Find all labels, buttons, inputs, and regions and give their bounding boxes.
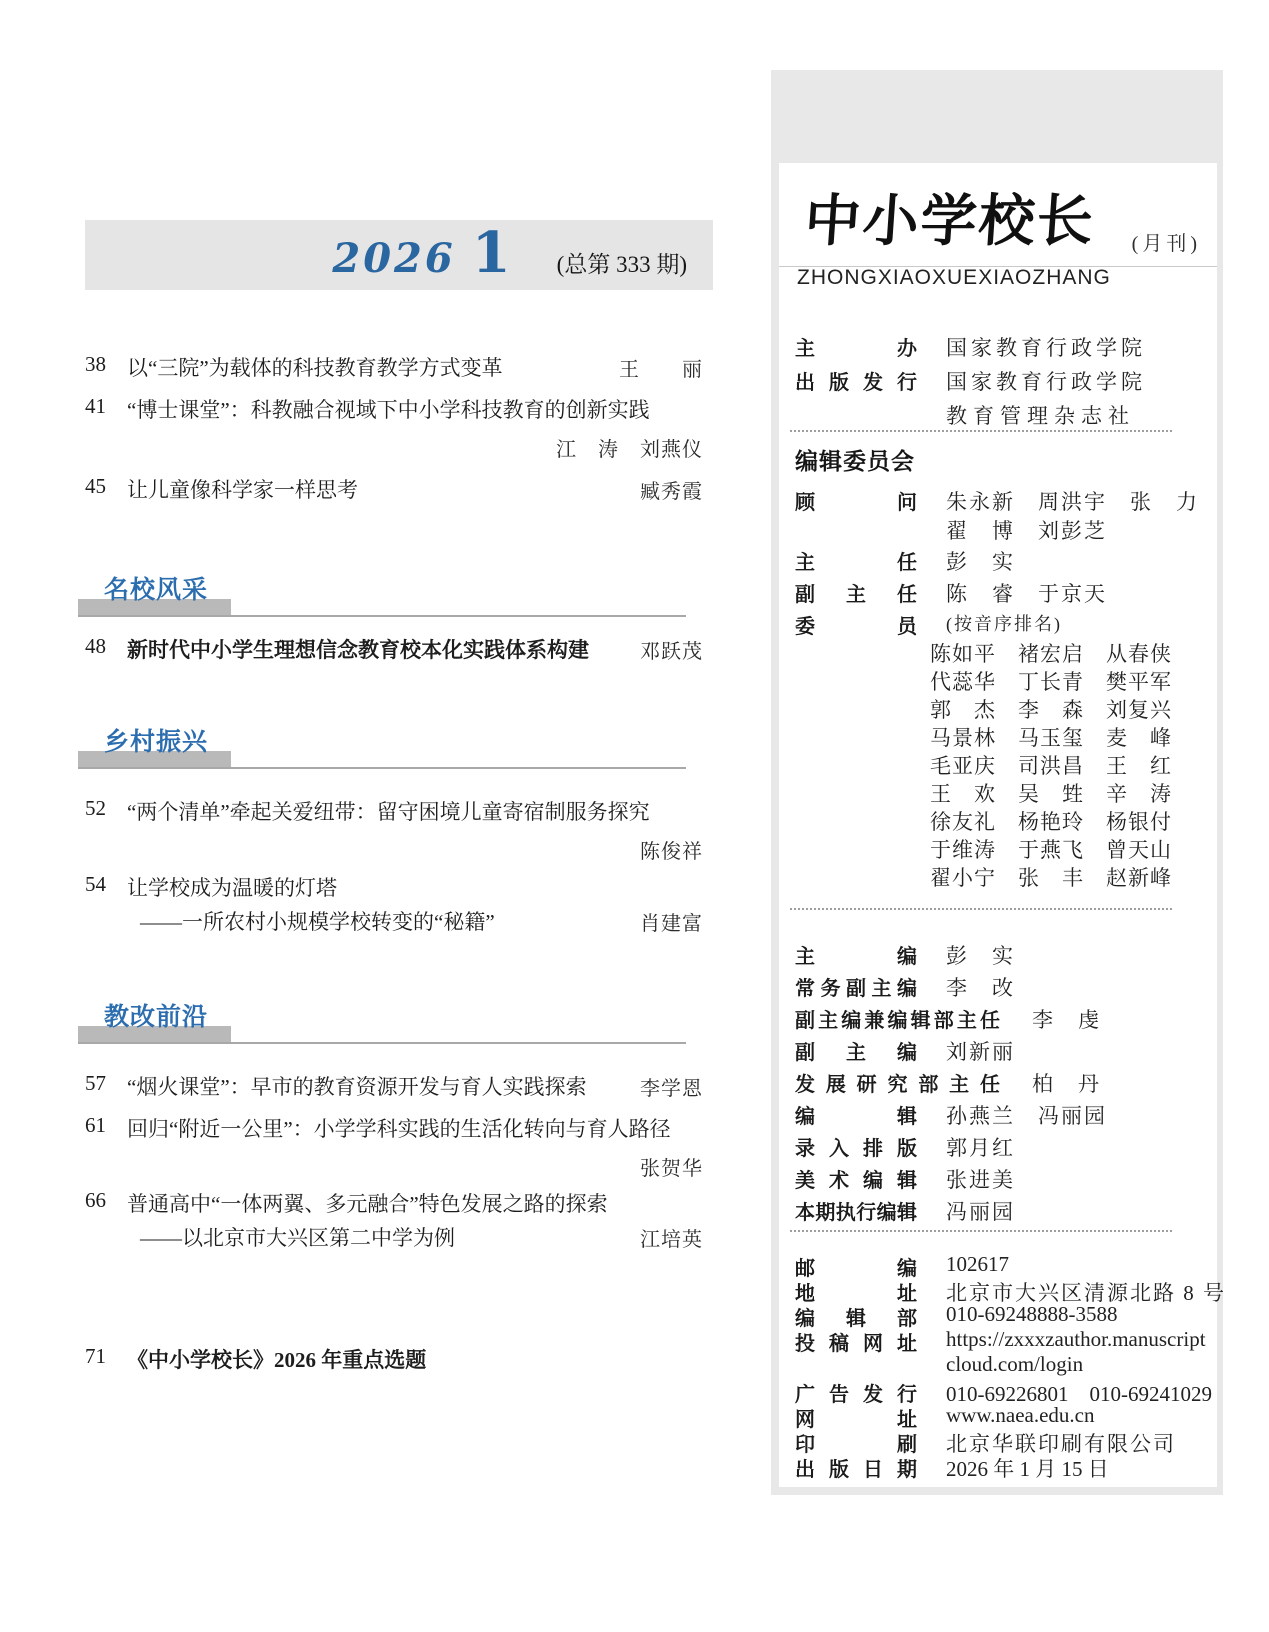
staff-value: 张进美 xyxy=(946,1164,1015,1194)
monthly-label: (月刊) xyxy=(1132,227,1201,256)
entry-authors: 张贺华 xyxy=(640,1152,703,1181)
toc-entry: 54 让学校成为温暖的灯塔 xyxy=(85,872,713,900)
toc-entry: 61 回归“附近一公里”：小学学科实践的生活化转向与育人路径 xyxy=(85,1113,713,1141)
committee-member-list: 陈如平 褚宏启 从春侠 代蕊华 丁长青 樊平军 郭 杰 李 森 刘复兴 马景林 … xyxy=(930,640,1172,892)
entry-subtitle: ——一所农村小规模学校转变的“秘籍” xyxy=(140,906,495,936)
section-rule xyxy=(78,767,686,769)
staff-label: 本期执行编辑 xyxy=(795,1196,917,1225)
entry-page-number: 52 xyxy=(85,796,106,821)
info-label: 出版日期 xyxy=(795,1453,917,1482)
info-value: 2026 年 1 月 15 日 xyxy=(946,1453,1109,1483)
toc-entry: 57 “烟火课堂”：早市的教育资源开发与育人实践探索 李学恩 xyxy=(85,1071,713,1099)
entry-authors: 陈俊祥 xyxy=(640,835,703,864)
organizer-label: 主办 xyxy=(795,332,917,361)
issue-total-label: (总第 333 期) xyxy=(557,246,687,279)
entry-title: 新时代中小学生理想信念教育校本化实践体系构建 xyxy=(127,634,589,664)
staff-label: 美术编辑 xyxy=(795,1164,917,1193)
member-row-names: 徐友礼 杨艳玲 杨银付 xyxy=(930,808,1172,836)
entry-title: 回归“附近一公里”：小学学科实践的生活化转向与育人路径 xyxy=(127,1113,671,1143)
info-value-submission-url-2: cloud.com/login xyxy=(946,1352,1083,1377)
entry-title: 让儿童像科学家一样思考 xyxy=(127,474,358,504)
entry-authors: 李学恩 xyxy=(640,1072,703,1101)
staff-value: 柏 丹 xyxy=(1032,1068,1101,1098)
deputy-director-row: 副主任 陈 睿 于京天 xyxy=(795,578,1205,605)
toc-entry-authors-line: 江 涛 刘燕仪 xyxy=(85,432,713,460)
staff-value: 李 虔 xyxy=(1032,1004,1101,1034)
member-row-names: 于维涛 于燕飞 曾天山 xyxy=(930,836,1172,864)
staff-row: 副主编 刘新丽 xyxy=(795,1036,1205,1063)
staff-label: 副主编 xyxy=(795,1036,917,1065)
toc-entry-subtitle-line: ——一所农村小规模学校转变的“秘籍” 肖建富 xyxy=(85,906,713,934)
issue-number: 1 xyxy=(472,220,511,286)
entry-title: “博士课堂”：科教融合视域下中小学科技教育的创新实践 xyxy=(127,394,650,424)
entry-authors: 王 丽 xyxy=(619,353,703,382)
entry-page-number: 61 xyxy=(85,1113,106,1138)
info-value: 102617 xyxy=(946,1252,1009,1277)
section-title-mingxiaofengcai: 名校风采 xyxy=(104,570,208,606)
info-row: 网址 www.naea.edu.cn xyxy=(795,1403,1205,1430)
advisor-label: 顾问 xyxy=(795,486,917,515)
entry-title: 普通高中“一体两翼、多元融合”特色发展之路的探索 xyxy=(127,1188,608,1218)
member-row-names: 翟小宁 张 丰 赵新峰 xyxy=(930,864,1172,892)
entry-title: 让学校成为温暖的灯塔 xyxy=(127,872,337,902)
entry-title: “烟火课堂”：早市的教育资源开发与育人实践探索 xyxy=(127,1071,587,1101)
toc-entry: 52 “两个清单”牵起关爱纽带：留守困境儿童寄宿制服务探究 xyxy=(85,796,713,824)
entry-page-number: 54 xyxy=(85,872,106,897)
toc-entry-authors-line: 陈俊祥 xyxy=(85,834,713,862)
staff-row: 编辑 孙燕兰 冯丽园 xyxy=(795,1100,1205,1127)
staff-label: 编辑 xyxy=(795,1100,917,1129)
info-row: 邮编 102617 xyxy=(795,1252,1205,1279)
info-value: 010-69248888-3588 xyxy=(946,1302,1118,1327)
staff-value: 刘新丽 xyxy=(946,1036,1015,1066)
toc-entry: 45 让儿童像科学家一样思考 臧秀霞 xyxy=(85,474,713,502)
staff-row: 美术编辑 张进美 xyxy=(795,1164,1205,1191)
member-row-names: 王 欢 吴 甡 辛 涛 xyxy=(930,780,1172,808)
journal-logo-block: 中小学校长 (月刊) xyxy=(779,163,1217,267)
member-row-names: 马景林 马玉玺 麦 峰 xyxy=(930,724,1172,752)
toc-entry: 41 “博士课堂”：科教融合视域下中小学科技教育的创新实践 xyxy=(85,394,713,422)
entry-authors: 邓跃茂 xyxy=(640,635,703,664)
entry-authors: 江培英 xyxy=(640,1223,703,1252)
deputy-director-names: 陈 睿 于京天 xyxy=(946,578,1107,608)
staff-row: 主编 彭 实 xyxy=(795,940,1205,967)
info-row: 印刷 北京华联印刷有限公司 xyxy=(795,1428,1205,1455)
info-row-wrap: cloud.com/login xyxy=(795,1352,1205,1379)
member-row-names: 陈如平 褚宏启 从春侠 xyxy=(930,640,1172,668)
entry-page-number: 57 xyxy=(85,1071,106,1096)
publisher-value-1: 国家教育行政学院 xyxy=(946,366,1146,396)
entry-page-number: 38 xyxy=(85,352,106,377)
toc-entry-subtitle-line: ——以北京市大兴区第二中学为例 江培英 xyxy=(85,1222,713,1250)
staff-label: 副主编兼编辑部主任 xyxy=(795,1004,1000,1033)
staff-value: 彭 实 xyxy=(946,940,1015,970)
publisher-label: 出版发行 xyxy=(795,366,917,395)
entry-title: 《中小学校长》2026 年重点选题 xyxy=(127,1344,426,1374)
member-row-names: 代蕊华 丁长青 樊平军 xyxy=(930,668,1172,696)
section-rule xyxy=(78,615,686,617)
entry-page-number: 66 xyxy=(85,1188,106,1213)
director-name: 彭 实 xyxy=(946,546,1015,576)
organizer-value: 国家教育行政学院 xyxy=(946,332,1146,362)
advisor-names-2: 翟 博 刘彭芝 xyxy=(946,515,1107,545)
publisher-value-2: 教育管理杂志社 xyxy=(946,400,1135,430)
staff-row: 录入排版 郭月红 xyxy=(795,1132,1205,1159)
advisor-names-1: 朱永新 周洪宇 张 力 xyxy=(946,486,1199,516)
advisor-row: 顾问 朱永新 周洪宇 张 力 xyxy=(795,486,1205,513)
member-label: 委员 xyxy=(795,610,917,639)
staff-value: 郭月红 xyxy=(946,1132,1015,1162)
entry-authors: 江 涛 刘燕仪 xyxy=(556,433,703,462)
journal-logo: 中小学校长 xyxy=(802,177,1098,257)
entry-page-number: 48 xyxy=(85,634,106,659)
journal-pinyin: ZHONGXIAOXUEXIAOZHANG xyxy=(797,266,1111,290)
info-row: 投稿网址 https://zxxxzauthor.manuscript xyxy=(795,1327,1205,1354)
section-title-xiangcunzhenxing: 乡村振兴 xyxy=(104,722,208,758)
toc-entry: 48 新时代中小学生理想信念教育校本化实践体系构建 邓跃茂 xyxy=(85,634,713,662)
organizer-row: 主办 国家教育行政学院 xyxy=(795,332,1205,359)
staff-label: 录入排版 xyxy=(795,1132,917,1161)
director-label: 主任 xyxy=(795,546,917,575)
staff-row: 常务副主编 李 改 xyxy=(795,972,1205,999)
entry-page-number: 71 xyxy=(85,1344,106,1369)
section-title-jiaogaiqianyan: 教改前沿 xyxy=(104,997,208,1033)
journal-toc-page: 2026 1 (总第 333 期) 38 以“三院”为载体的科技教育教学方式变革… xyxy=(0,0,1269,1632)
entry-authors: 臧秀霞 xyxy=(640,475,703,504)
info-row: 出版日期 2026 年 1 月 15 日 xyxy=(795,1453,1205,1480)
masthead-panel: 中小学校长 (月刊) ZHONGXIAOXUEXIAOZHANG 主办 国家教育… xyxy=(779,163,1217,1487)
director-row: 主任 彭 实 xyxy=(795,546,1205,573)
info-row: 编辑部 010-69248888-3588 xyxy=(795,1302,1205,1329)
staff-value: 冯丽园 xyxy=(946,1196,1015,1226)
issue-year: 2026 xyxy=(332,235,455,282)
member-row-names: 毛亚庆 司洪昌 王 红 xyxy=(930,752,1172,780)
entry-authors: 肖建富 xyxy=(640,907,703,936)
member-row-names: 郭 杰 李 森 刘复兴 xyxy=(930,696,1172,724)
entry-page-number: 45 xyxy=(85,474,106,499)
toc-entry-authors-line: 张贺华 xyxy=(85,1151,713,1179)
issue-header-box: 2026 1 (总第 333 期) xyxy=(85,220,713,290)
staff-row: 本期执行编辑 冯丽园 xyxy=(795,1196,1205,1223)
dotted-divider xyxy=(790,1230,1172,1232)
staff-label: 主编 xyxy=(795,940,917,969)
member-note: (按音序排名) xyxy=(946,610,1062,636)
toc-entry: 71 《中小学校长》2026 年重点选题 xyxy=(85,1344,713,1372)
staff-row: 副主编兼编辑部主任 李 虔 xyxy=(795,1004,1205,1031)
staff-row: 发展研究部主任 柏 丹 xyxy=(795,1068,1205,1095)
info-value-submission-url: https://zxxxzauthor.manuscript xyxy=(946,1327,1206,1352)
info-value: www.naea.edu.cn xyxy=(946,1403,1095,1428)
publisher-row: 出版发行 国家教育行政学院 xyxy=(795,366,1205,393)
committee-heading: 编辑委员会 xyxy=(795,443,915,476)
staff-value: 李 改 xyxy=(946,972,1015,1002)
staff-label: 常务副主编 xyxy=(795,972,917,1001)
toc-entry: 38 以“三院”为载体的科技教育教学方式变革 王 丽 xyxy=(85,352,713,380)
dotted-divider xyxy=(790,908,1172,910)
section-rule xyxy=(78,1042,686,1044)
entry-subtitle: ——以北京市大兴区第二中学为例 xyxy=(140,1222,455,1252)
deputy-director-label: 副主任 xyxy=(795,578,917,607)
publisher-row-2: 教育管理杂志社 xyxy=(795,400,1205,427)
toc-entry: 66 普通高中“一体两翼、多元融合”特色发展之路的探索 xyxy=(85,1188,713,1216)
advisor-row-2: 翟 博 刘彭芝 xyxy=(795,515,1205,542)
entry-title: 以“三院”为载体的科技教育教学方式变革 xyxy=(127,352,503,382)
entry-title: “两个清单”牵起关爱纽带：留守困境儿童寄宿制服务探究 xyxy=(127,796,650,826)
staff-value: 孙燕兰 冯丽园 xyxy=(946,1100,1107,1130)
dotted-divider xyxy=(790,430,1172,432)
info-row: 地址 北京市大兴区清源北路 8 号 xyxy=(795,1277,1205,1304)
staff-label: 发展研究部主任 xyxy=(795,1068,1000,1097)
entry-page-number: 41 xyxy=(85,394,106,419)
info-row: 广告发行 010-69226801 010-69241029 xyxy=(795,1378,1205,1405)
member-row: 委员 (按音序排名) xyxy=(795,610,1205,637)
